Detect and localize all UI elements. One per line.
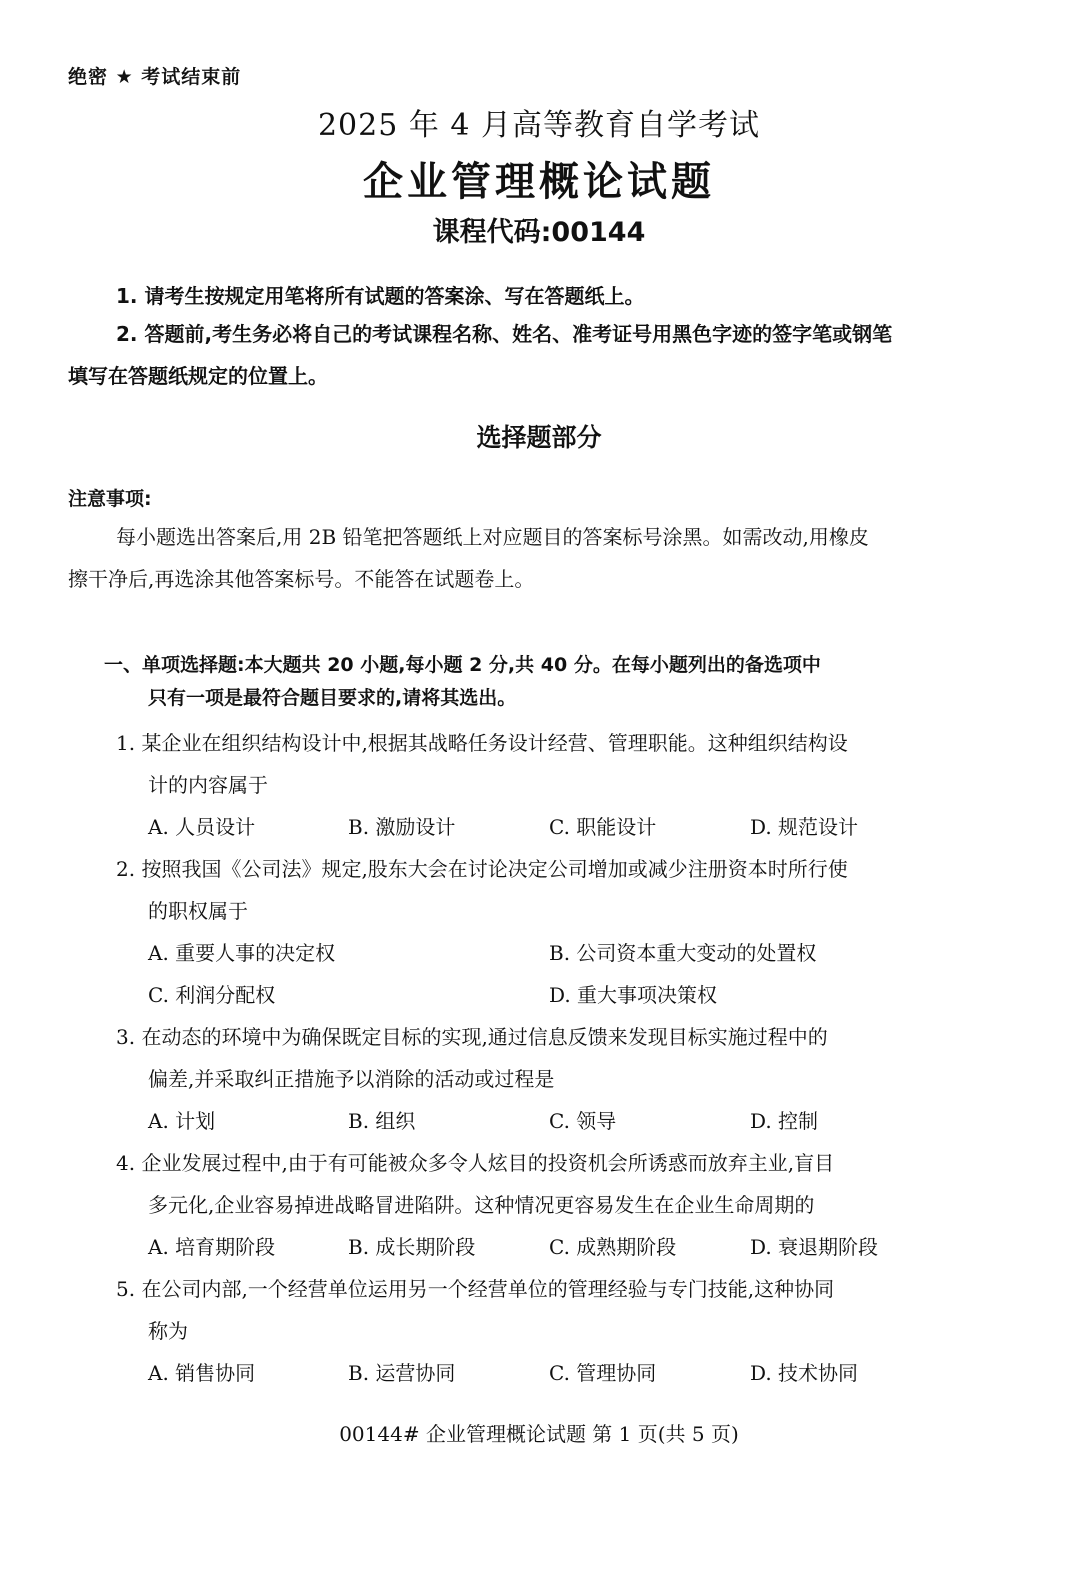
option-d: D. 衰退期阶段 bbox=[750, 1231, 878, 1260]
section-title: 选择题部分 bbox=[0, 418, 1078, 454]
question-text-continued: 称为 bbox=[148, 1315, 188, 1344]
option-c: C. 领导 bbox=[549, 1105, 616, 1134]
question-text: 4. 企业发展过程中,由于有可能被众多令人炫目的投资机会所诱惑而放弃主业,盲目 bbox=[116, 1147, 834, 1176]
notice-label: 注意事项: bbox=[68, 484, 152, 511]
option-b: B. 运营协同 bbox=[348, 1357, 455, 1386]
question-text: 3. 在动态的环境中为确保既定目标的实现,通过信息反馈来发现目标实施过程中的 bbox=[116, 1021, 828, 1050]
option-b: B. 成长期阶段 bbox=[348, 1231, 475, 1260]
question-text-continued: 多元化,企业容易掉进战略冒进陷阱。这种情况更容易发生在企业生命周期的 bbox=[148, 1189, 814, 1218]
instruction-2: 2. 答题前,考生务必将自己的考试课程名称、姓名、准考证号用黑色字迹的签字笔或钢… bbox=[116, 318, 892, 347]
option-c: C. 管理协同 bbox=[549, 1357, 656, 1386]
part-heading-line-1: 一、单项选择题:本大题共 20 小题,每小题 2 分,共 40 分。在每小题列出… bbox=[104, 650, 821, 677]
option-c: C. 成熟期阶段 bbox=[549, 1231, 676, 1260]
question-text-continued: 偏差,并采取纠正措施予以消除的活动或过程是 bbox=[148, 1063, 554, 1092]
option-b: B. 激励设计 bbox=[348, 811, 455, 840]
option-d: D. 重大事项决策权 bbox=[549, 979, 717, 1008]
question-text: 5. 在公司内部,一个经营单位运用另一个经营单位的管理经验与专门技能,这种协同 bbox=[116, 1273, 834, 1302]
question-text: 1. 某企业在组织结构设计中,根据其战略任务设计经营、管理职能。这种组织结构设 bbox=[116, 727, 848, 756]
instruction-1: 1. 请考生按规定用笔将所有试题的答案涂、写在答题纸上。 bbox=[116, 280, 644, 309]
option-c: C. 职能设计 bbox=[549, 811, 656, 840]
question-text-continued: 计的内容属于 bbox=[148, 769, 268, 798]
option-b: B. 公司资本重大变动的处置权 bbox=[549, 937, 816, 966]
option-a: A. 培育期阶段 bbox=[148, 1231, 275, 1260]
option-a: A. 销售协同 bbox=[148, 1357, 255, 1386]
confidential-label: 绝密 ★ 考试结束前 bbox=[68, 62, 241, 89]
course-code: 课程代码:00144 bbox=[0, 210, 1078, 249]
exam-title: 2025 年 4 月高等教育自学考试 bbox=[0, 100, 1078, 144]
option-a: A. 重要人事的决定权 bbox=[148, 937, 335, 966]
option-a: A. 人员设计 bbox=[148, 811, 255, 840]
notice-line-2: 擦干净后,再选涂其他答案标号。不能答在试题卷上。 bbox=[68, 563, 534, 592]
part-heading-line-2: 只有一项是最符合题目要求的,请将其选出。 bbox=[148, 683, 516, 710]
option-a: A. 计划 bbox=[148, 1105, 215, 1134]
option-d: D. 技术协同 bbox=[750, 1357, 858, 1386]
option-d: D. 控制 bbox=[750, 1105, 818, 1134]
option-b: B. 组织 bbox=[348, 1105, 415, 1134]
notice-line-1: 每小题选出答案后,用 2B 铅笔把答题纸上对应题目的答案标号涂黑。如需改动,用橡… bbox=[116, 521, 869, 550]
page-footer: 00144# 企业管理概论试题 第 1 页(共 5 页) bbox=[0, 1418, 1078, 1447]
question-text: 2. 按照我国《公司法》规定,股东大会在讨论决定公司增加或减少注册资本时所行使 bbox=[116, 853, 848, 882]
option-d: D. 规范设计 bbox=[750, 811, 858, 840]
question-text-continued: 的职权属于 bbox=[148, 895, 248, 924]
paper-title: 企业管理概论试题 bbox=[0, 150, 1078, 207]
instruction-2-continued: 填写在答题纸规定的位置上。 bbox=[68, 360, 328, 389]
option-c: C. 利润分配权 bbox=[148, 979, 275, 1008]
